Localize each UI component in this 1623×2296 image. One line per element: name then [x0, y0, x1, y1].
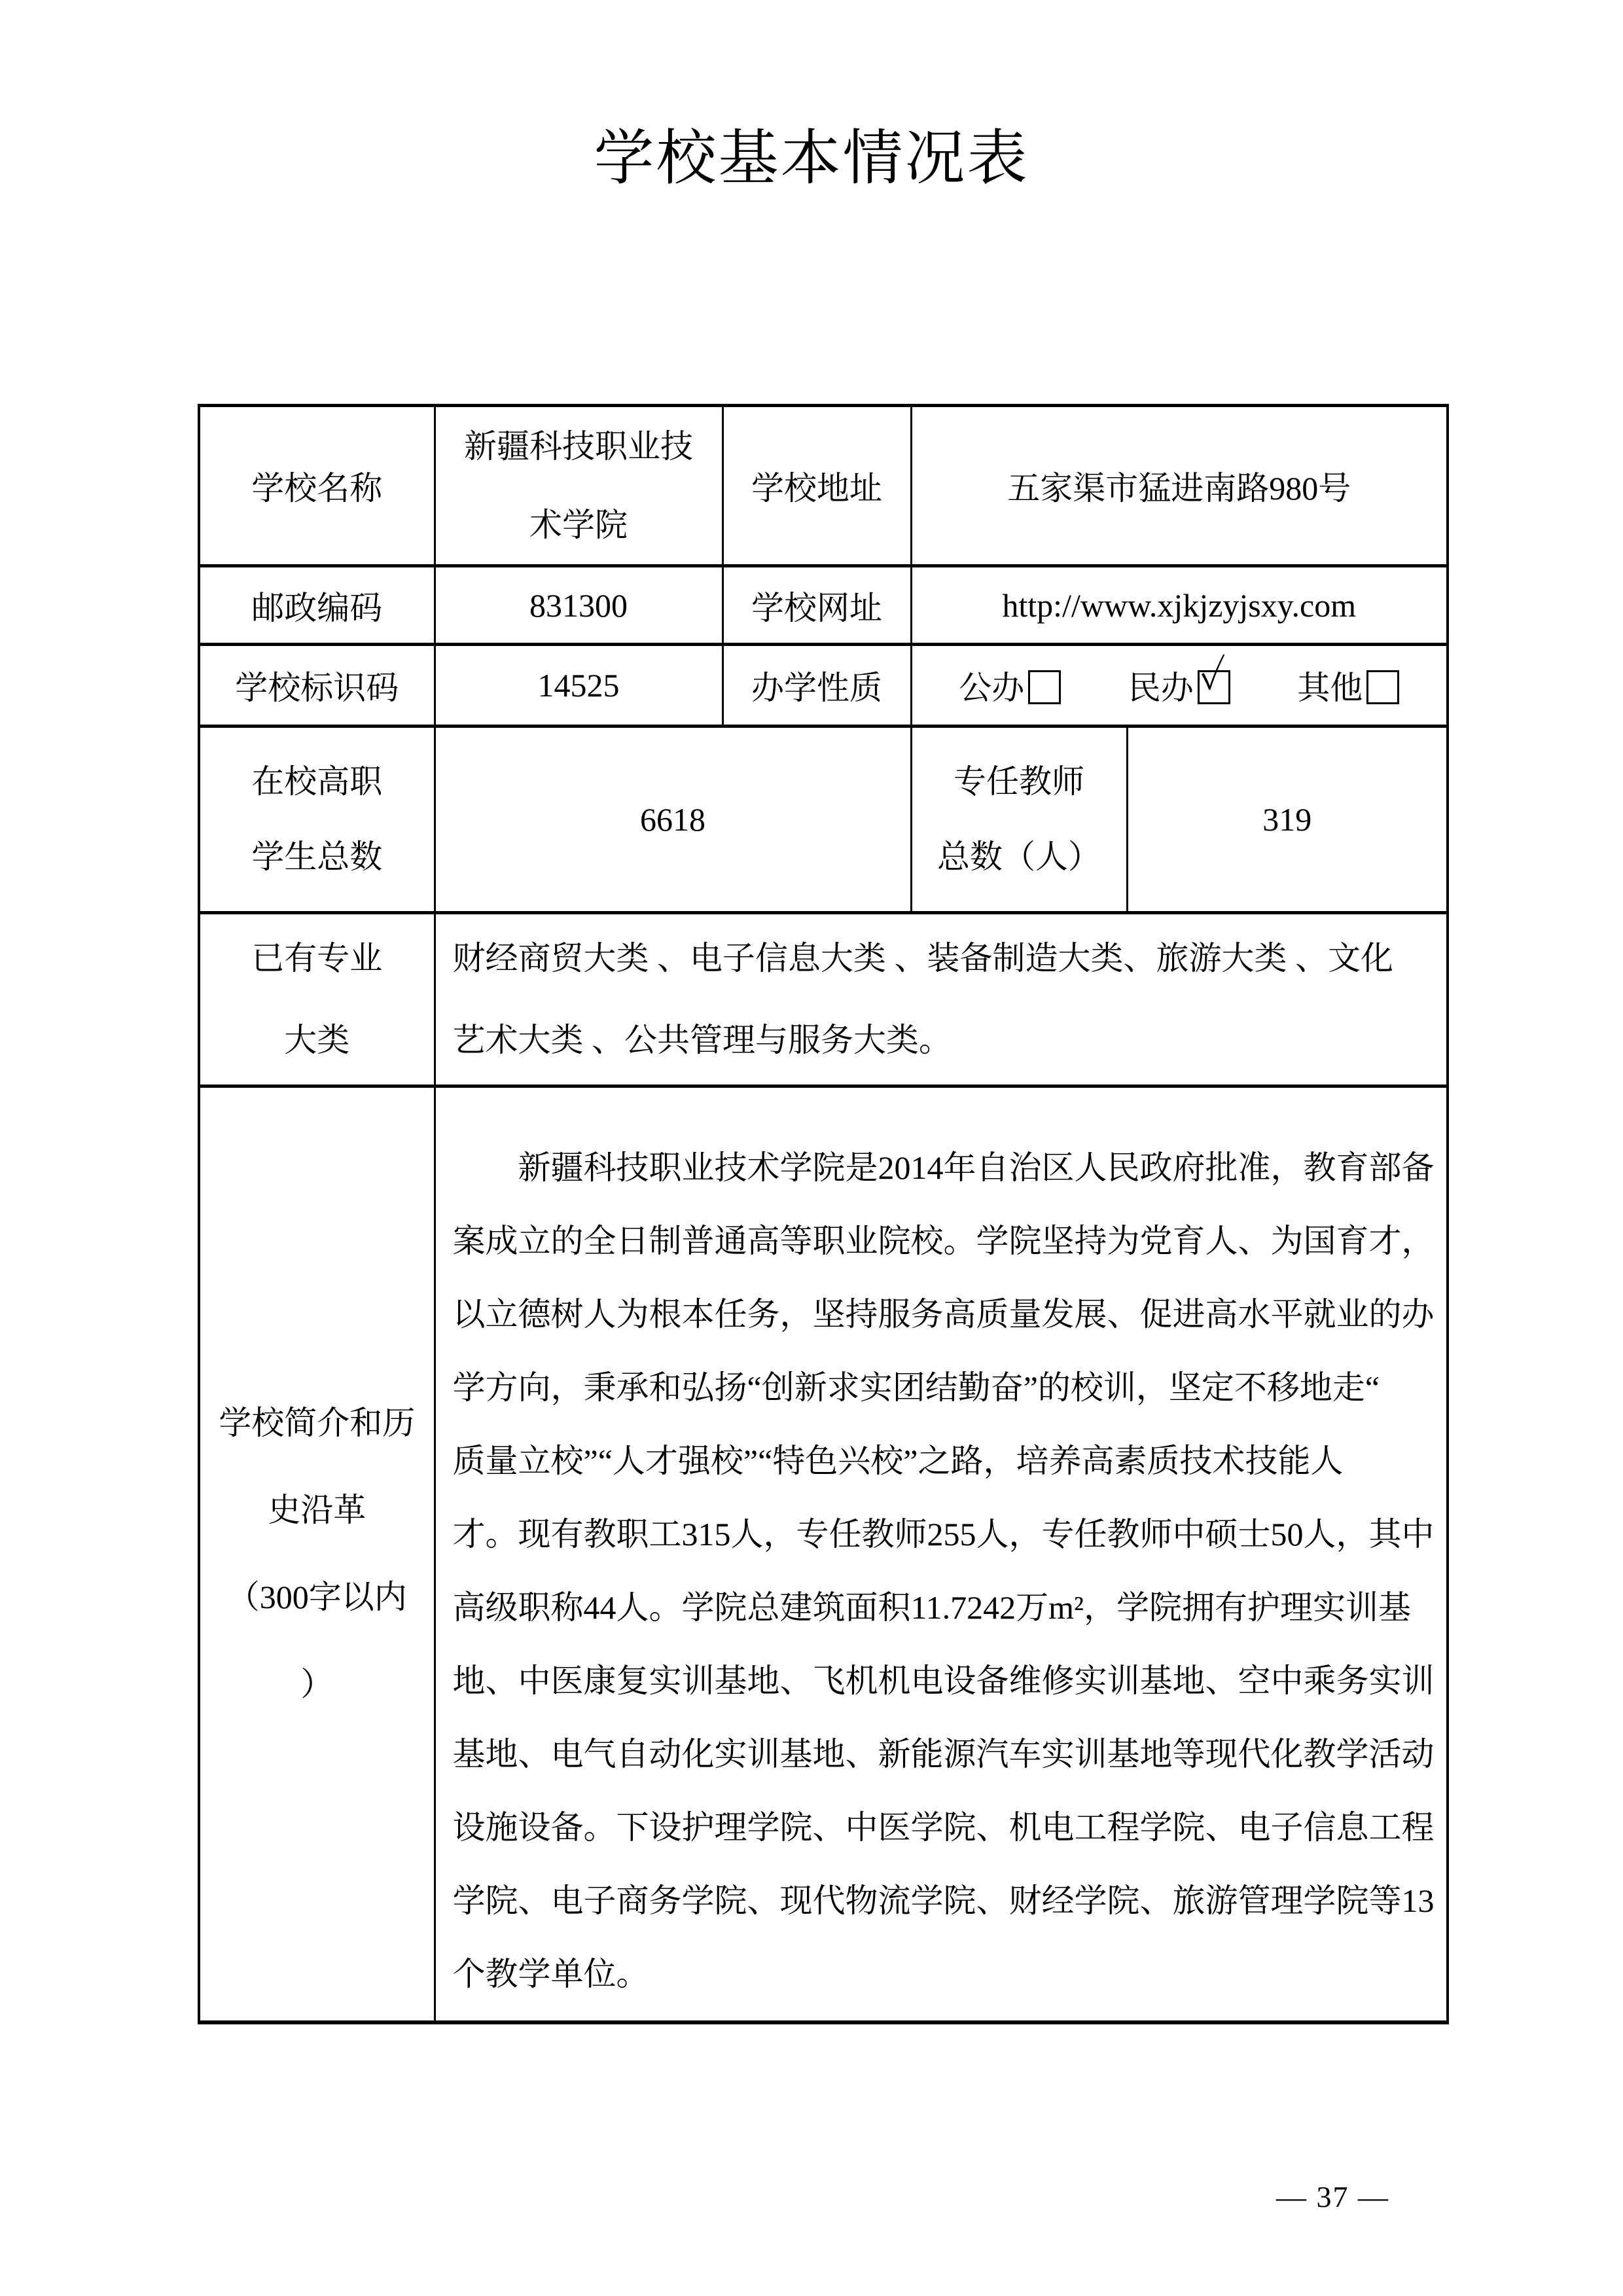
school-info-table: 学校名称 新疆科技职业技 术学院 学校地址 五家渠市猛进南路980号 邮政编码 …: [198, 404, 1449, 2024]
ownership-option-label: 民办: [1128, 670, 1194, 706]
school-name-value: 新疆科技职业技 术学院: [435, 406, 722, 566]
postal-code-value: 831300: [435, 566, 722, 645]
text-line: 史沿革: [200, 1467, 434, 1554]
majors-label: 已有专业 大类: [199, 913, 435, 1086]
postal-code-label: 邮政编码: [199, 566, 435, 645]
paragraph-line: 学方向，秉承和弘扬“创新求实团结勤奋”的校训，坚定不移地走“: [453, 1351, 1434, 1424]
text-line: （300字以内: [200, 1554, 434, 1641]
paragraph-line: 新疆科技职业技术学院是2014年自治区人民政府批准，教育部备: [453, 1131, 1434, 1204]
teachers-total-label: 专任教师 总数（人）: [911, 726, 1127, 913]
text-line: 在校高职: [200, 744, 434, 819]
website-value: http://www.xjkjzyjsxy.com: [911, 566, 1448, 645]
text-line: 总数（人）: [912, 819, 1126, 895]
paragraph-line: 学院、电子商务学院、现代物流学院、财经学院、旅游管理学院等13: [453, 1864, 1434, 1937]
intro-label: 学校简介和历 史沿革 （300字以内 ）: [199, 1086, 435, 2022]
text-line: 大类: [200, 999, 434, 1081]
paragraph-line: 设施设备。下设护理学院、中医学院、机电工程学院、电子信息工程: [453, 1791, 1434, 1864]
ownership-option-private: 民办✓: [1128, 662, 1230, 709]
page-number: — 37 —: [1276, 2179, 1389, 2214]
paragraph-line: 高级职称44人。学院总建筑面积11.7242万m²，学院拥有护理实训基: [453, 1571, 1434, 1644]
text-line: 艺术大类 、公共管理与服务大类。: [453, 999, 1447, 1081]
school-id-label: 学校标识码: [199, 645, 435, 726]
teachers-total-value: 319: [1127, 726, 1448, 913]
row-id-ownership: 学校标识码 14525 办学性质 公办 民办✓ 其他: [199, 645, 1448, 726]
row-students-teachers: 在校高职 学生总数 6618 专任教师 总数（人） 319: [199, 726, 1448, 913]
check-mark-icon: ✓: [1200, 656, 1226, 697]
majors-value: 财经商贸大类 、电子信息大类 、装备制造大类、旅游大类 、文化 艺术大类 、公共…: [435, 913, 1448, 1086]
text-line: 已有专业: [200, 918, 434, 999]
ownership-options: 公办 民办✓ 其他: [911, 645, 1448, 726]
ownership-option-label: 其他: [1297, 670, 1363, 706]
paragraph-line: 地、中医康复实训基地、飞机机电设备维修实训基地、空中乘务实训: [453, 1644, 1434, 1717]
page-title: 学校基本情况表: [0, 110, 1623, 196]
paragraph-line: 基地、电气自动化实训基地、新能源汽车实训基地等现代化教学活动: [453, 1717, 1434, 1791]
paragraph-line: 以立德树人为根本任务，坚持服务高质量发展、促进高水平就业的办: [453, 1278, 1434, 1351]
students-total-label: 在校高职 学生总数: [199, 726, 435, 913]
row-postal-website: 邮政编码 831300 学校网址 http://www.xjkjzyjsxy.c…: [199, 566, 1448, 645]
row-majors: 已有专业 大类 财经商贸大类 、电子信息大类 、装备制造大类、旅游大类 、文化 …: [199, 913, 1448, 1086]
paragraph-line: 才。现有教职工315人，专任教师255人，专任教师中硕士50人，其中: [453, 1498, 1434, 1571]
ownership-label: 办学性质: [722, 645, 911, 726]
row-school-name-address: 学校名称 新疆科技职业技 术学院 学校地址 五家渠市猛进南路980号: [199, 406, 1448, 566]
school-address-value: 五家渠市猛进南路980号: [911, 406, 1448, 566]
intro-paragraph: 新疆科技职业技术学院是2014年自治区人民政府批准，教育部备 案成立的全日制普通…: [435, 1086, 1448, 2022]
text-line: ）: [200, 1641, 434, 1728]
text-line: 学校简介和历: [200, 1380, 434, 1467]
checkbox-private-icon: ✓: [1198, 670, 1230, 704]
website-label: 学校网址: [722, 566, 911, 645]
paragraph-line: 个教学单位。: [453, 1937, 1434, 2011]
paragraph-line: 案成立的全日制普通高等职业院校。学院坚持为党育人、为国育才，: [453, 1204, 1434, 1278]
text-line: 财经商贸大类 、电子信息大类 、装备制造大类、旅游大类 、文化: [453, 918, 1447, 999]
ownership-option-other: 其他: [1297, 662, 1399, 709]
students-total-value: 6618: [435, 726, 911, 913]
ownership-option-label: 公办: [959, 670, 1024, 706]
school-id-value: 14525: [435, 645, 722, 726]
checkbox-other-icon: [1366, 670, 1399, 704]
text-line: 术学院: [436, 486, 722, 564]
text-line: 专任教师: [912, 744, 1126, 819]
school-name-label: 学校名称: [199, 406, 435, 566]
school-address-label: 学校地址: [722, 406, 911, 566]
row-intro: 学校简介和历 史沿革 （300字以内 ） 新疆科技职业技术学院是2014年自治区…: [199, 1086, 1448, 2022]
text-line: 学生总数: [200, 819, 434, 895]
paragraph-line: 质量立校”“人才强校”“特色兴校”之路，培养高素质技术技能人: [453, 1424, 1434, 1498]
ownership-option-public: 公办: [959, 662, 1061, 709]
text-line: 新疆科技职业技: [436, 407, 722, 486]
checkbox-public-icon: [1028, 670, 1061, 704]
